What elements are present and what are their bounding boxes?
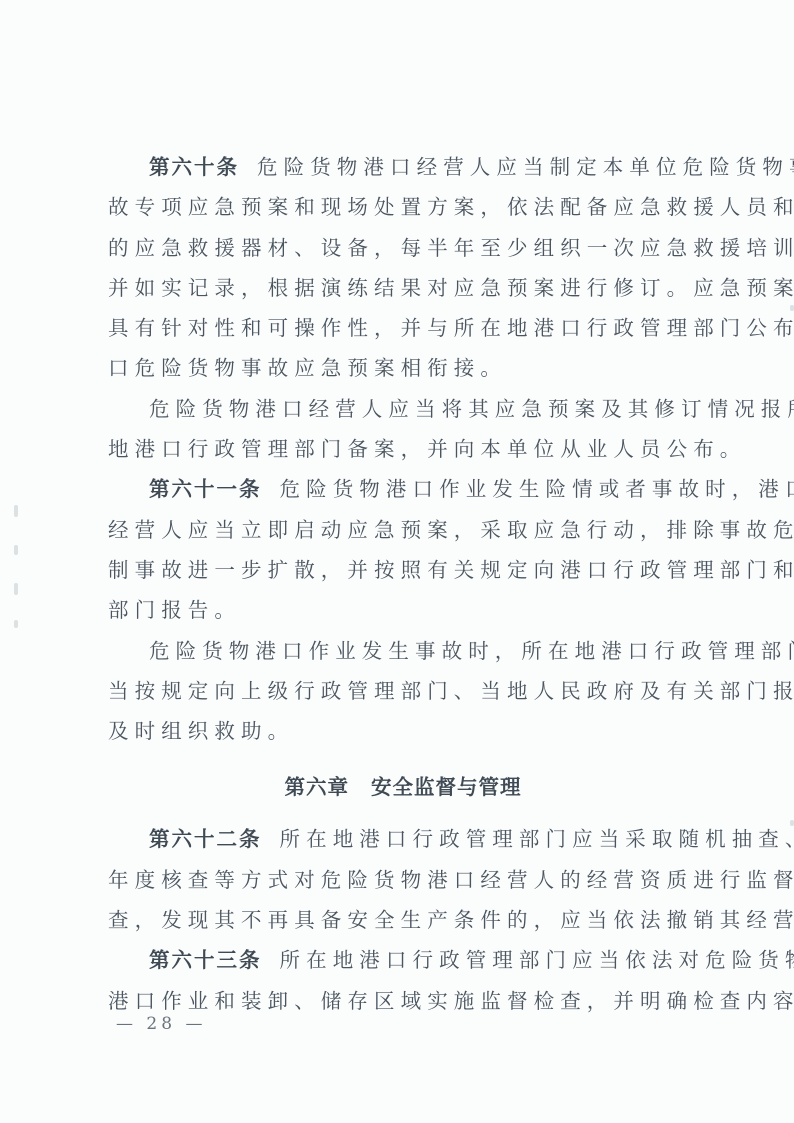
paragraph-line: 当按规定向上级行政管理部门、当地人民政府及有关部门报告，并	[108, 671, 698, 711]
text: 故专项应急预案和现场处置方案，依法配备应急救援人员和必要	[108, 195, 794, 219]
scan-artifact	[790, 305, 794, 311]
text: 的应急救援器材、设备，每半年至少组织一次应急救援培训和演练	[108, 236, 794, 260]
article-line: 并如实记录，根据演练结果对应急预案进行修订。应急预案应当	[108, 268, 698, 308]
text: 及时组织救助。	[108, 719, 294, 743]
text: 年度核查等方式对危险货物港口经营人的经营资质进行监督检	[108, 868, 794, 892]
paragraph-line: 地港口行政管理部门备案，并向本单位从业人员公布。	[108, 429, 698, 469]
article-heading: 第六十二条	[149, 827, 262, 851]
article-heading: 第六十条	[149, 155, 239, 179]
text: 制事故进一步扩散，并按照有关规定向港口行政管理部门和有关	[108, 558, 794, 582]
article-heading: 第六十三条	[149, 948, 262, 972]
text: 危险货物港口经营人应当制定本单位危险货物事	[257, 155, 794, 179]
article-line: 年度核查等方式对危险货物港口经营人的经营资质进行监督检	[108, 860, 698, 900]
text: 所在地港口行政管理部门应当采取随机抽查、	[280, 827, 794, 851]
page-number: — 28 —	[116, 1014, 206, 1034]
text: 地港口行政管理部门备案，并向本单位从业人员公布。	[108, 437, 746, 461]
scan-artifact	[14, 620, 18, 628]
text: 口危险货物事故应急预案相衔接。	[108, 356, 507, 380]
article-line: 查，发现其不再具备安全生产条件的，应当依法撤销其经营许可。	[108, 900, 698, 940]
text: 危险货物港口作业发生事故时，所在地港口行政管理部门应	[149, 639, 794, 663]
scan-artifact	[14, 545, 18, 555]
document-body: 第六十条危险货物港口经营人应当制定本单位危险货物事 故专项应急预案和现场处置方案…	[108, 147, 698, 1021]
text: 当按规定向上级行政管理部门、当地人民政府及有关部门报告，并	[108, 679, 794, 703]
article-61: 第六十一条危险货物港口作业发生险情或者事故时，港口 经营人应当立即启动应急预案，…	[108, 469, 698, 630]
article-heading: 第六十一条	[149, 477, 262, 501]
text: 并如实记录，根据演练结果对应急预案进行修订。应急预案应当	[108, 276, 794, 300]
paragraph-line: 危险货物港口作业发生事故时，所在地港口行政管理部门应	[108, 631, 698, 671]
article-line: 口危险货物事故应急预案相衔接。	[108, 348, 698, 388]
paragraph: 危险货物港口作业发生事故时，所在地港口行政管理部门应 当按规定向上级行政管理部门…	[108, 631, 698, 752]
paragraph-line: 危险货物港口经营人应当将其应急预案及其修订情况报所在	[108, 389, 698, 429]
text: 港口作业和装卸、储存区域实施监督检查，并明确检查内容、方式、	[108, 989, 794, 1013]
article-line: 第六十条危险货物港口经营人应当制定本单位危险货物事	[108, 147, 698, 187]
text: 具有针对性和可操作性，并与所在地港口行政管理部门公布的港	[108, 316, 794, 340]
article-line: 第六十二条所在地港口行政管理部门应当采取随机抽查、	[108, 819, 698, 859]
text: 部门报告。	[108, 598, 241, 622]
scan-artifact	[14, 583, 18, 595]
paragraph: 危险货物港口经营人应当将其应急预案及其修订情况报所在 地港口行政管理部门备案，并…	[108, 389, 698, 470]
text: 危险货物港口经营人应当将其应急预案及其修订情况报所在	[149, 397, 794, 421]
article-line: 第六十三条所在地港口行政管理部门应当依法对危险货物	[108, 940, 698, 980]
chapter-heading: 第六章安全监督与管理	[108, 757, 698, 817]
scan-artifact	[790, 820, 794, 826]
article-60: 第六十条危险货物港口经营人应当制定本单位危险货物事 故专项应急预案和现场处置方案…	[108, 147, 698, 389]
article-line: 具有针对性和可操作性，并与所在地港口行政管理部门公布的港	[108, 308, 698, 348]
document-page: 第六十条危险货物港口经营人应当制定本单位危险货物事 故专项应急预案和现场处置方案…	[0, 0, 794, 1123]
chapter-number: 第六章	[285, 775, 350, 799]
scan-artifact	[14, 505, 18, 517]
article-line: 经营人应当立即启动应急预案，采取应急行动，排除事故危害，控	[108, 510, 698, 550]
text: 危险货物港口作业发生险情或者事故时，港口	[280, 477, 794, 501]
paragraph-line: 及时组织救助。	[108, 711, 698, 751]
article-line: 故专项应急预案和现场处置方案，依法配备应急救援人员和必要	[108, 187, 698, 227]
article-line: 第六十一条危险货物港口作业发生险情或者事故时，港口	[108, 469, 698, 509]
article-line: 的应急救援器材、设备，每半年至少组织一次应急救援培训和演练	[108, 228, 698, 268]
text: 所在地港口行政管理部门应当依法对危险货物	[280, 948, 794, 972]
text: 经营人应当立即启动应急预案，采取应急行动，排除事故危害，控	[108, 518, 794, 542]
article-63: 第六十三条所在地港口行政管理部门应当依法对危险货物 港口作业和装卸、储存区域实施…	[108, 940, 698, 1021]
article-line: 部门报告。	[108, 590, 698, 630]
text: 查，发现其不再具备安全生产条件的，应当依法撤销其经营许可。	[108, 908, 794, 932]
article-62: 第六十二条所在地港口行政管理部门应当采取随机抽查、 年度核查等方式对危险货物港口…	[108, 819, 698, 940]
chapter-title: 安全监督与管理	[371, 775, 522, 799]
article-line: 制事故进一步扩散，并按照有关规定向港口行政管理部门和有关	[108, 550, 698, 590]
